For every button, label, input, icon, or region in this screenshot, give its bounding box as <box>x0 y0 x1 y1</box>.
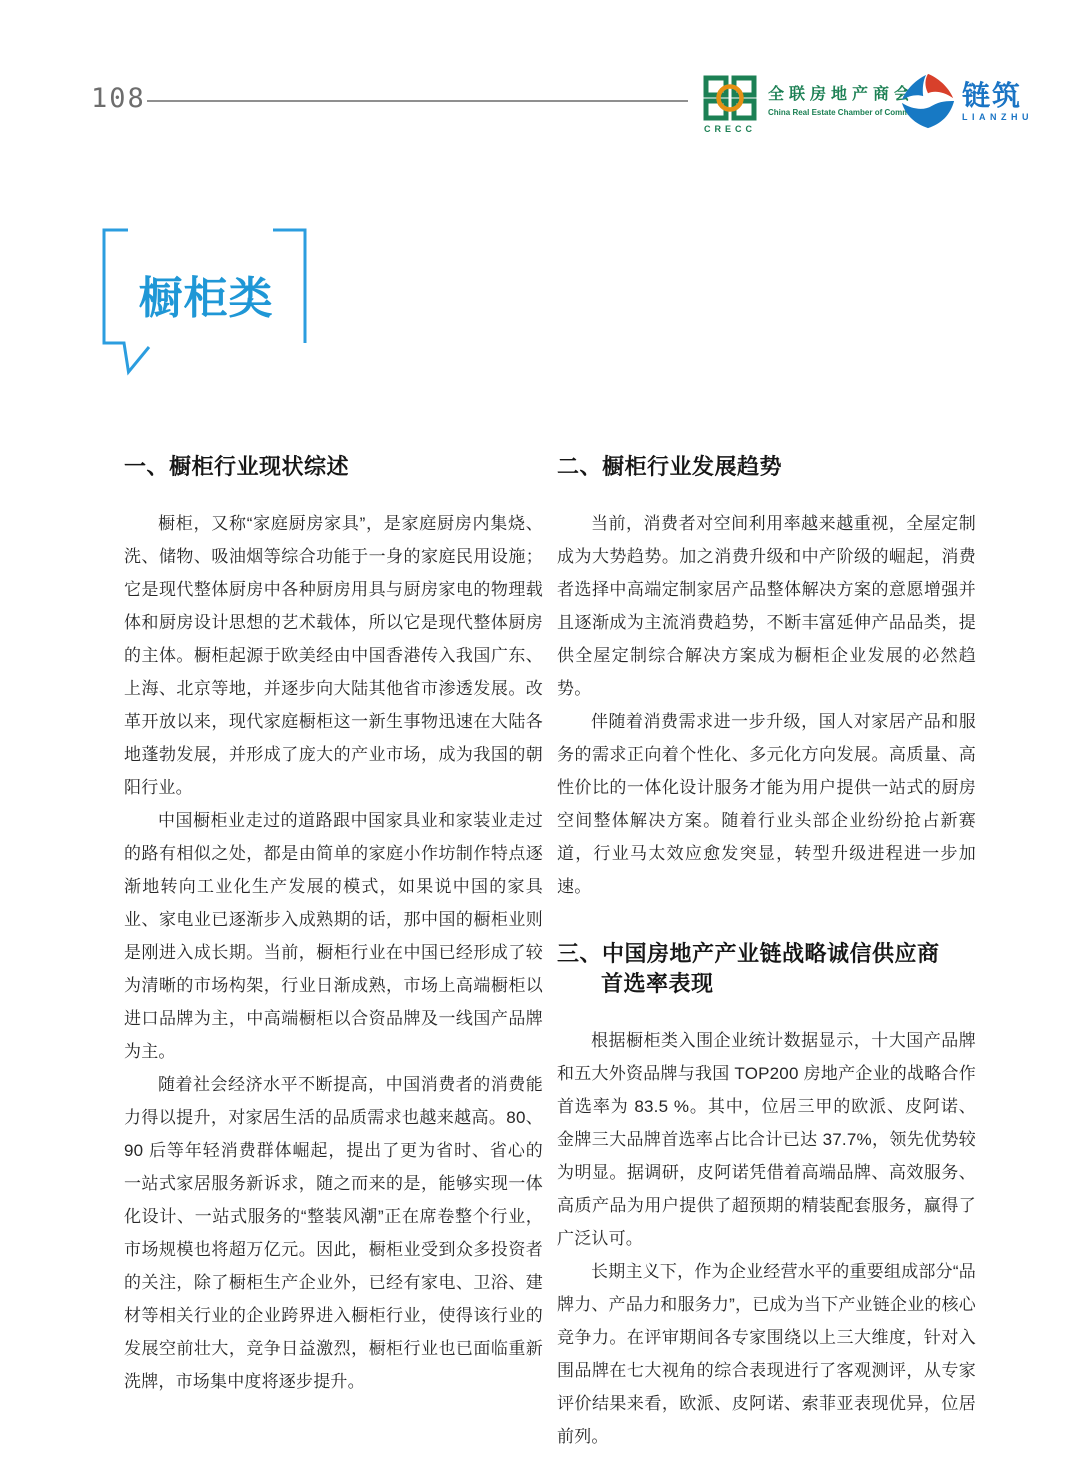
crecc-logo: CRECC 全联房地产商会 China Real Estate Chamber … <box>703 75 926 134</box>
lianzhu-logo: 链筑 LIANZHU <box>899 72 1033 130</box>
section-1-paragraph: 橱柜，又称“家庭厨房家具”，是家庭厨房内集烧、洗、储物、吸油烟等综合功能于一身的… <box>124 507 543 804</box>
chapter-title-block: 橱柜类 <box>100 226 312 378</box>
section-2: 二、橱柜行业发展趋势 当前，消费者对空间利用率越来越重视，全屋定制成为大势趋势。… <box>557 452 976 903</box>
lianzhu-names: 链筑 LIANZHU <box>962 81 1033 122</box>
header-rule <box>147 100 688 102</box>
section-2-heading: 二、橱柜行业发展趋势 <box>557 452 976 482</box>
section-1-heading: 一、橱柜行业现状综述 <box>124 452 543 482</box>
section-1-paragraph: 随着社会经济水平不断提高，中国消费者的消费能力得以提升，对家居生活的品质需求也越… <box>124 1068 543 1398</box>
section-3-paragraph: 长期主义下，作为企业经营水平的重要组成部分“品牌力、产品力和服务力”，已成为当下… <box>557 1255 976 1453</box>
section-2-paragraph: 伴随着消费需求进一步升级，国人对家居产品和服务的需求正向着个性化、多元化方向发展… <box>557 705 976 903</box>
chapter-title: 橱柜类 <box>100 262 312 326</box>
section-3-heading-line1: 三、中国房地产产业链战略诚信供应商 <box>557 939 976 969</box>
right-column: 二、橱柜行业发展趋势 当前，消费者对空间利用率越来越重视，全屋定制成为大势趋势。… <box>557 452 976 1453</box>
crecc-logo-icon <box>703 75 757 121</box>
section-3-heading: 三、中国房地产产业链战略诚信供应商 首选率表现 <box>557 939 976 999</box>
section-3-heading-line2: 首选率表现 <box>601 969 976 999</box>
crecc-icon-column: CRECC <box>703 75 757 134</box>
left-column: 一、橱柜行业现状综述 橱柜，又称“家庭厨房家具”，是家庭厨房内集烧、洗、储物、吸… <box>124 452 543 1398</box>
page-number: 108 <box>91 83 146 114</box>
section-3: 三、中国房地产产业链战略诚信供应商 首选率表现 根据橱柜类入围企业统计数据显示，… <box>557 939 976 1453</box>
crecc-abbr-label: CRECC <box>704 124 756 134</box>
section-1-paragraph: 中国橱柜业走过的道路跟中国家具业和家装业走过的路有相似之处，都是由简单的家庭小作… <box>124 804 543 1068</box>
page: 108 CRECC 全联房地产商会 China Real Estate Cham… <box>0 0 1075 1459</box>
lianzhu-logo-icon <box>899 72 957 130</box>
lianzhu-name-cn: 链筑 <box>962 81 1033 111</box>
lianzhu-name-en: LIANZHU <box>962 112 1033 122</box>
section-3-paragraph: 根据橱柜类入围企业统计数据显示，十大国产品牌和五大外资品牌与我国 TOP200 … <box>557 1024 976 1255</box>
section-2-paragraph: 当前，消费者对空间利用率越来越重视，全屋定制成为大势趋势。加之消费升级和中产阶级… <box>557 507 976 705</box>
